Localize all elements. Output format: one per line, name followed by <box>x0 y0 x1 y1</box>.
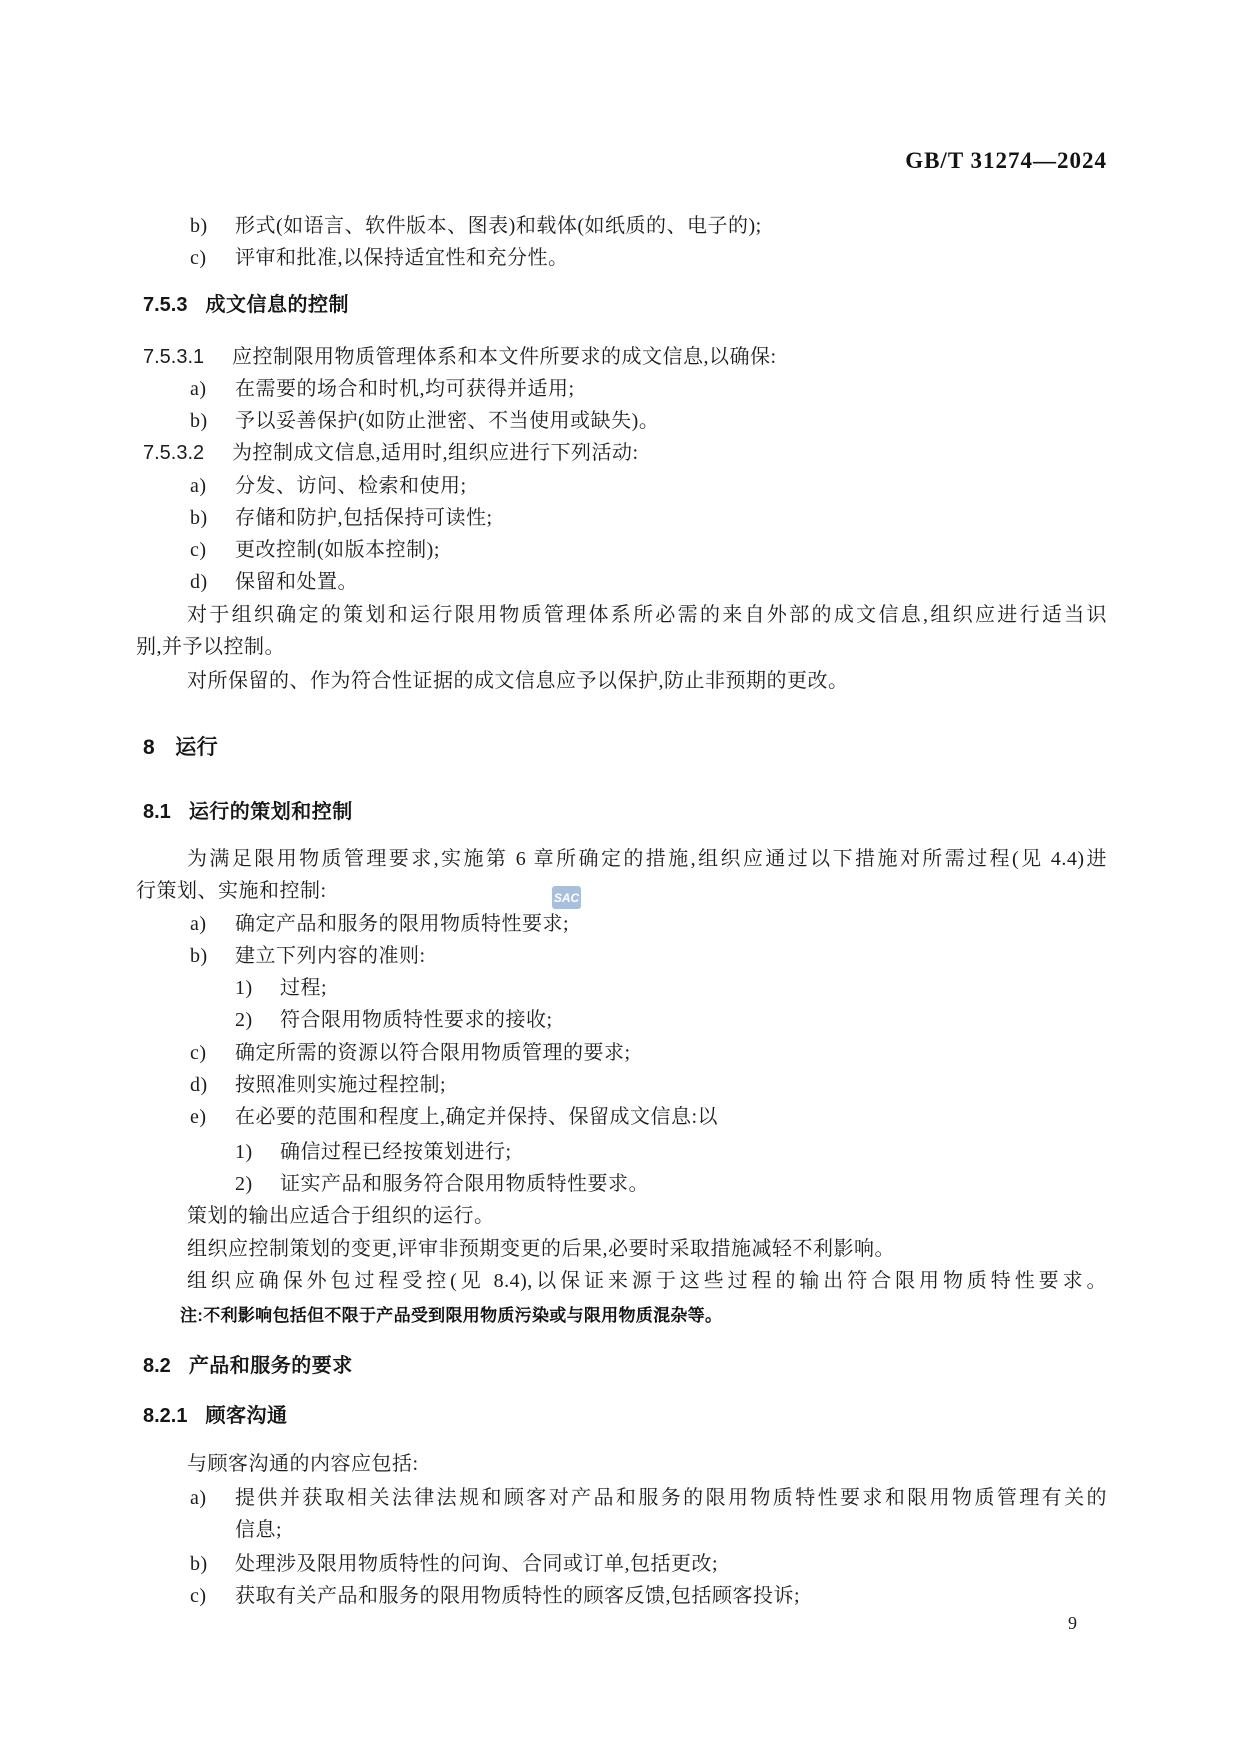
list-marker: c) <box>190 1580 207 1612</box>
list-item: c) 更改控制(如版本控制); <box>136 534 1107 566</box>
list-marker: 1) <box>235 972 253 1004</box>
section-title: 顾客沟通 <box>205 1400 287 1432</box>
chapter-title: 运行 <box>175 731 218 765</box>
list-item-text: 按照准则实施过程控制; <box>235 1074 446 1096</box>
clause-number: 7.5.3.1 <box>143 341 204 373</box>
list-marker: a) <box>190 470 207 502</box>
list-item-text: 予以妥善保护(如防止泄密、不当使用或缺失)。 <box>235 410 659 432</box>
list-marker: e) <box>190 1101 207 1133</box>
list-item: a) 在需要的场合和时机,均可获得并适用; <box>136 373 1107 405</box>
list-marker: d) <box>190 1069 208 1101</box>
paragraph-line: 策划的输出应适合于组织的运行。 <box>136 1200 1107 1232</box>
list-item-text: 确信过程已经按策划进行; <box>280 1141 512 1163</box>
note-label: 注: <box>180 1306 203 1325</box>
list-marker: d) <box>190 566 208 598</box>
list-marker: 1) <box>235 1136 253 1168</box>
section-heading-8-2: 8.2 产品和服务的要求 <box>136 1350 1107 1382</box>
list-marker: c) <box>190 1037 207 1069</box>
list-item-text: 分发、访问、检索和使用; <box>235 475 467 497</box>
list-item-text: 评审和批准,以保持适宜性和充分性。 <box>235 247 569 269</box>
list-item-text: 处理涉及限用物质特性的问询、合同或订单,包括更改; <box>235 1553 718 1575</box>
list-marker: b) <box>190 405 208 437</box>
page-number: 9 <box>1068 1612 1077 1634</box>
section-number: 8.2.1 <box>143 1400 187 1432</box>
list-item-text: 保留和处置。 <box>235 571 358 593</box>
list-item-text: 获取有关产品和服务的限用物质特性的顾客反馈,包括顾客投诉; <box>235 1585 800 1607</box>
list-item-text: 建立下列内容的准则: <box>235 945 426 967</box>
note-text: 不利影响包括但不限于产品受到限用物质污染或与限用物质混杂等。 <box>203 1306 722 1325</box>
paragraph-line: 组织应确保外包过程受控(见 8.4),以保证来源于这些过程的输出符合限用物质特性… <box>136 1265 1107 1297</box>
list-marker: b) <box>190 502 208 534</box>
list-marker: c) <box>190 242 207 274</box>
clause-7-5-3-1: 7.5.3.1 应控制限用物质管理体系和本文件所要求的成文信息,以确保: <box>136 341 1107 373</box>
sub-list-item: 2) 符合限用物质特性要求的接收; <box>136 1004 1107 1036</box>
paragraph-line: 组织应控制策划的变更,评审非预期变更的后果,必要时采取措施减轻不利影响。 <box>136 1233 1107 1265</box>
list-item-text: 提供并获取相关法律法规和顾客对产品和服务的限用物质特性要求和限用物质管理有关的 <box>235 1487 1107 1509</box>
section-title: 运行的策划和控制 <box>189 796 353 828</box>
paragraph-line: 对所保留的、作为符合性证据的成文信息应予以保护,防止非预期的更改。 <box>136 665 1107 697</box>
list-item: b) 处理涉及限用物质特性的问询、合同或订单,包括更改; <box>136 1548 1107 1580</box>
list-marker: b) <box>190 940 208 972</box>
list-item-text: 确定产品和服务的限用物质特性要求; <box>235 913 569 935</box>
list-marker: a) <box>190 1482 207 1514</box>
list-marker: a) <box>190 373 207 405</box>
list-item: e) 在必要的范围和程度上,确定并保持、保留成文信息:以 <box>136 1101 1107 1133</box>
clause-7-5-3-2: 7.5.3.2 为控制成文信息,适用时,组织应进行下列活动: <box>136 437 1107 469</box>
list-item: b) 形式(如语言、软件版本、图表)和载体(如纸质的、电子的); <box>136 210 1107 242</box>
clause-number: 7.5.3.2 <box>143 437 204 469</box>
sub-list-item: 1) 确信过程已经按策划进行; <box>136 1136 1107 1168</box>
list-item-text: 证实产品和服务符合限用物质特性要求。 <box>280 1173 649 1195</box>
clause-text: 为控制成文信息,适用时,组织应进行下列活动: <box>232 442 639 464</box>
list-item: a) 确定产品和服务的限用物质特性要求; <box>136 908 1107 940</box>
list-item-text: 存储和防护,包括保持可读性; <box>235 507 493 529</box>
paragraph-line: 为满足限用物质管理要求,实施第 6 章所确定的措施,组织应通过以下措施对所需过程… <box>136 843 1107 875</box>
section-title: 成文信息的控制 <box>205 289 349 321</box>
list-item: a) 分发、访问、检索和使用; <box>136 470 1107 502</box>
paragraph-line: 与顾客沟通的内容应包括: <box>136 1448 1107 1480</box>
paragraph-line: 对于组织确定的策划和运行限用物质管理体系所必需的来自外部的成文信息,组织应进行适… <box>136 599 1107 631</box>
list-marker: a) <box>190 908 207 940</box>
clause-text: 应控制限用物质管理体系和本文件所要求的成文信息,以确保: <box>232 346 777 368</box>
section-heading-8-1: 8.1 运行的策划和控制 <box>136 796 1107 828</box>
list-item: c) 确定所需的资源以符合限用物质管理的要求; <box>136 1037 1107 1069</box>
list-item-text: 形式(如语言、软件版本、图表)和载体(如纸质的、电子的); <box>235 215 762 237</box>
list-item-text: 确定所需的资源以符合限用物质管理的要求; <box>235 1042 631 1064</box>
list-item: c) 获取有关产品和服务的限用物质特性的顾客反馈,包括顾客投诉; <box>136 1580 1107 1612</box>
list-item-text: 在需要的场合和时机,均可获得并适用; <box>235 378 575 400</box>
section-number: 8.1 <box>143 796 171 828</box>
chapter-heading-8: 8 运行 <box>136 731 1107 765</box>
list-marker: b) <box>190 210 208 242</box>
list-item: c) 评审和批准,以保持适宜性和充分性。 <box>136 242 1107 274</box>
list-item: b) 予以妥善保护(如防止泄密、不当使用或缺失)。 <box>136 405 1107 437</box>
list-marker: c) <box>190 534 207 566</box>
sub-list-item: 2) 证实产品和服务符合限用物质特性要求。 <box>136 1168 1107 1200</box>
list-marker: 2) <box>235 1168 253 1200</box>
list-item: b) 建立下列内容的准则: <box>136 940 1107 972</box>
list-item: b) 存储和防护,包括保持可读性; <box>136 502 1107 534</box>
section-number: 7.5.3 <box>143 289 187 321</box>
paragraph-line: 行策划、实施和控制: <box>136 875 1107 907</box>
section-heading-8-2-1: 8.2.1 顾客沟通 <box>136 1400 1107 1432</box>
list-item-continuation: 信息; <box>136 1514 1107 1546</box>
list-item-text: 更改控制(如版本控制); <box>235 539 440 561</box>
sub-list-item: 1) 过程; <box>136 972 1107 1004</box>
paragraph-line: 别,并予以控制。 <box>136 631 1107 663</box>
list-marker: b) <box>190 1548 208 1580</box>
document-body: b) 形式(如语言、软件版本、图表)和载体(如纸质的、电子的); c) 评审和批… <box>136 0 1107 1612</box>
standard-document-page: GB/T 31274—2024 SAC b) 形式(如语言、软件版本、图表)和载… <box>0 0 1241 1754</box>
list-item: d) 保留和处置。 <box>136 566 1107 598</box>
list-item-text: 符合限用物质特性要求的接收; <box>280 1009 553 1031</box>
list-marker: 2) <box>235 1004 253 1036</box>
list-item-text: 过程; <box>280 977 327 999</box>
section-heading-7-5-3: 7.5.3 成文信息的控制 <box>136 289 1107 321</box>
chapter-number: 8 <box>143 731 155 765</box>
section-title: 产品和服务的要求 <box>189 1350 353 1382</box>
list-item: d) 按照准则实施过程控制; <box>136 1069 1107 1101</box>
note: 注:不利影响包括但不限于产品受到限用物质污染或与限用物质混杂等。 <box>136 1303 1107 1329</box>
section-number: 8.2 <box>143 1350 171 1382</box>
list-item: a) 提供并获取相关法律法规和顾客对产品和服务的限用物质特性要求和限用物质管理有… <box>136 1482 1107 1514</box>
list-item-text: 在必要的范围和程度上,确定并保持、保留成文信息:以 <box>235 1106 718 1128</box>
